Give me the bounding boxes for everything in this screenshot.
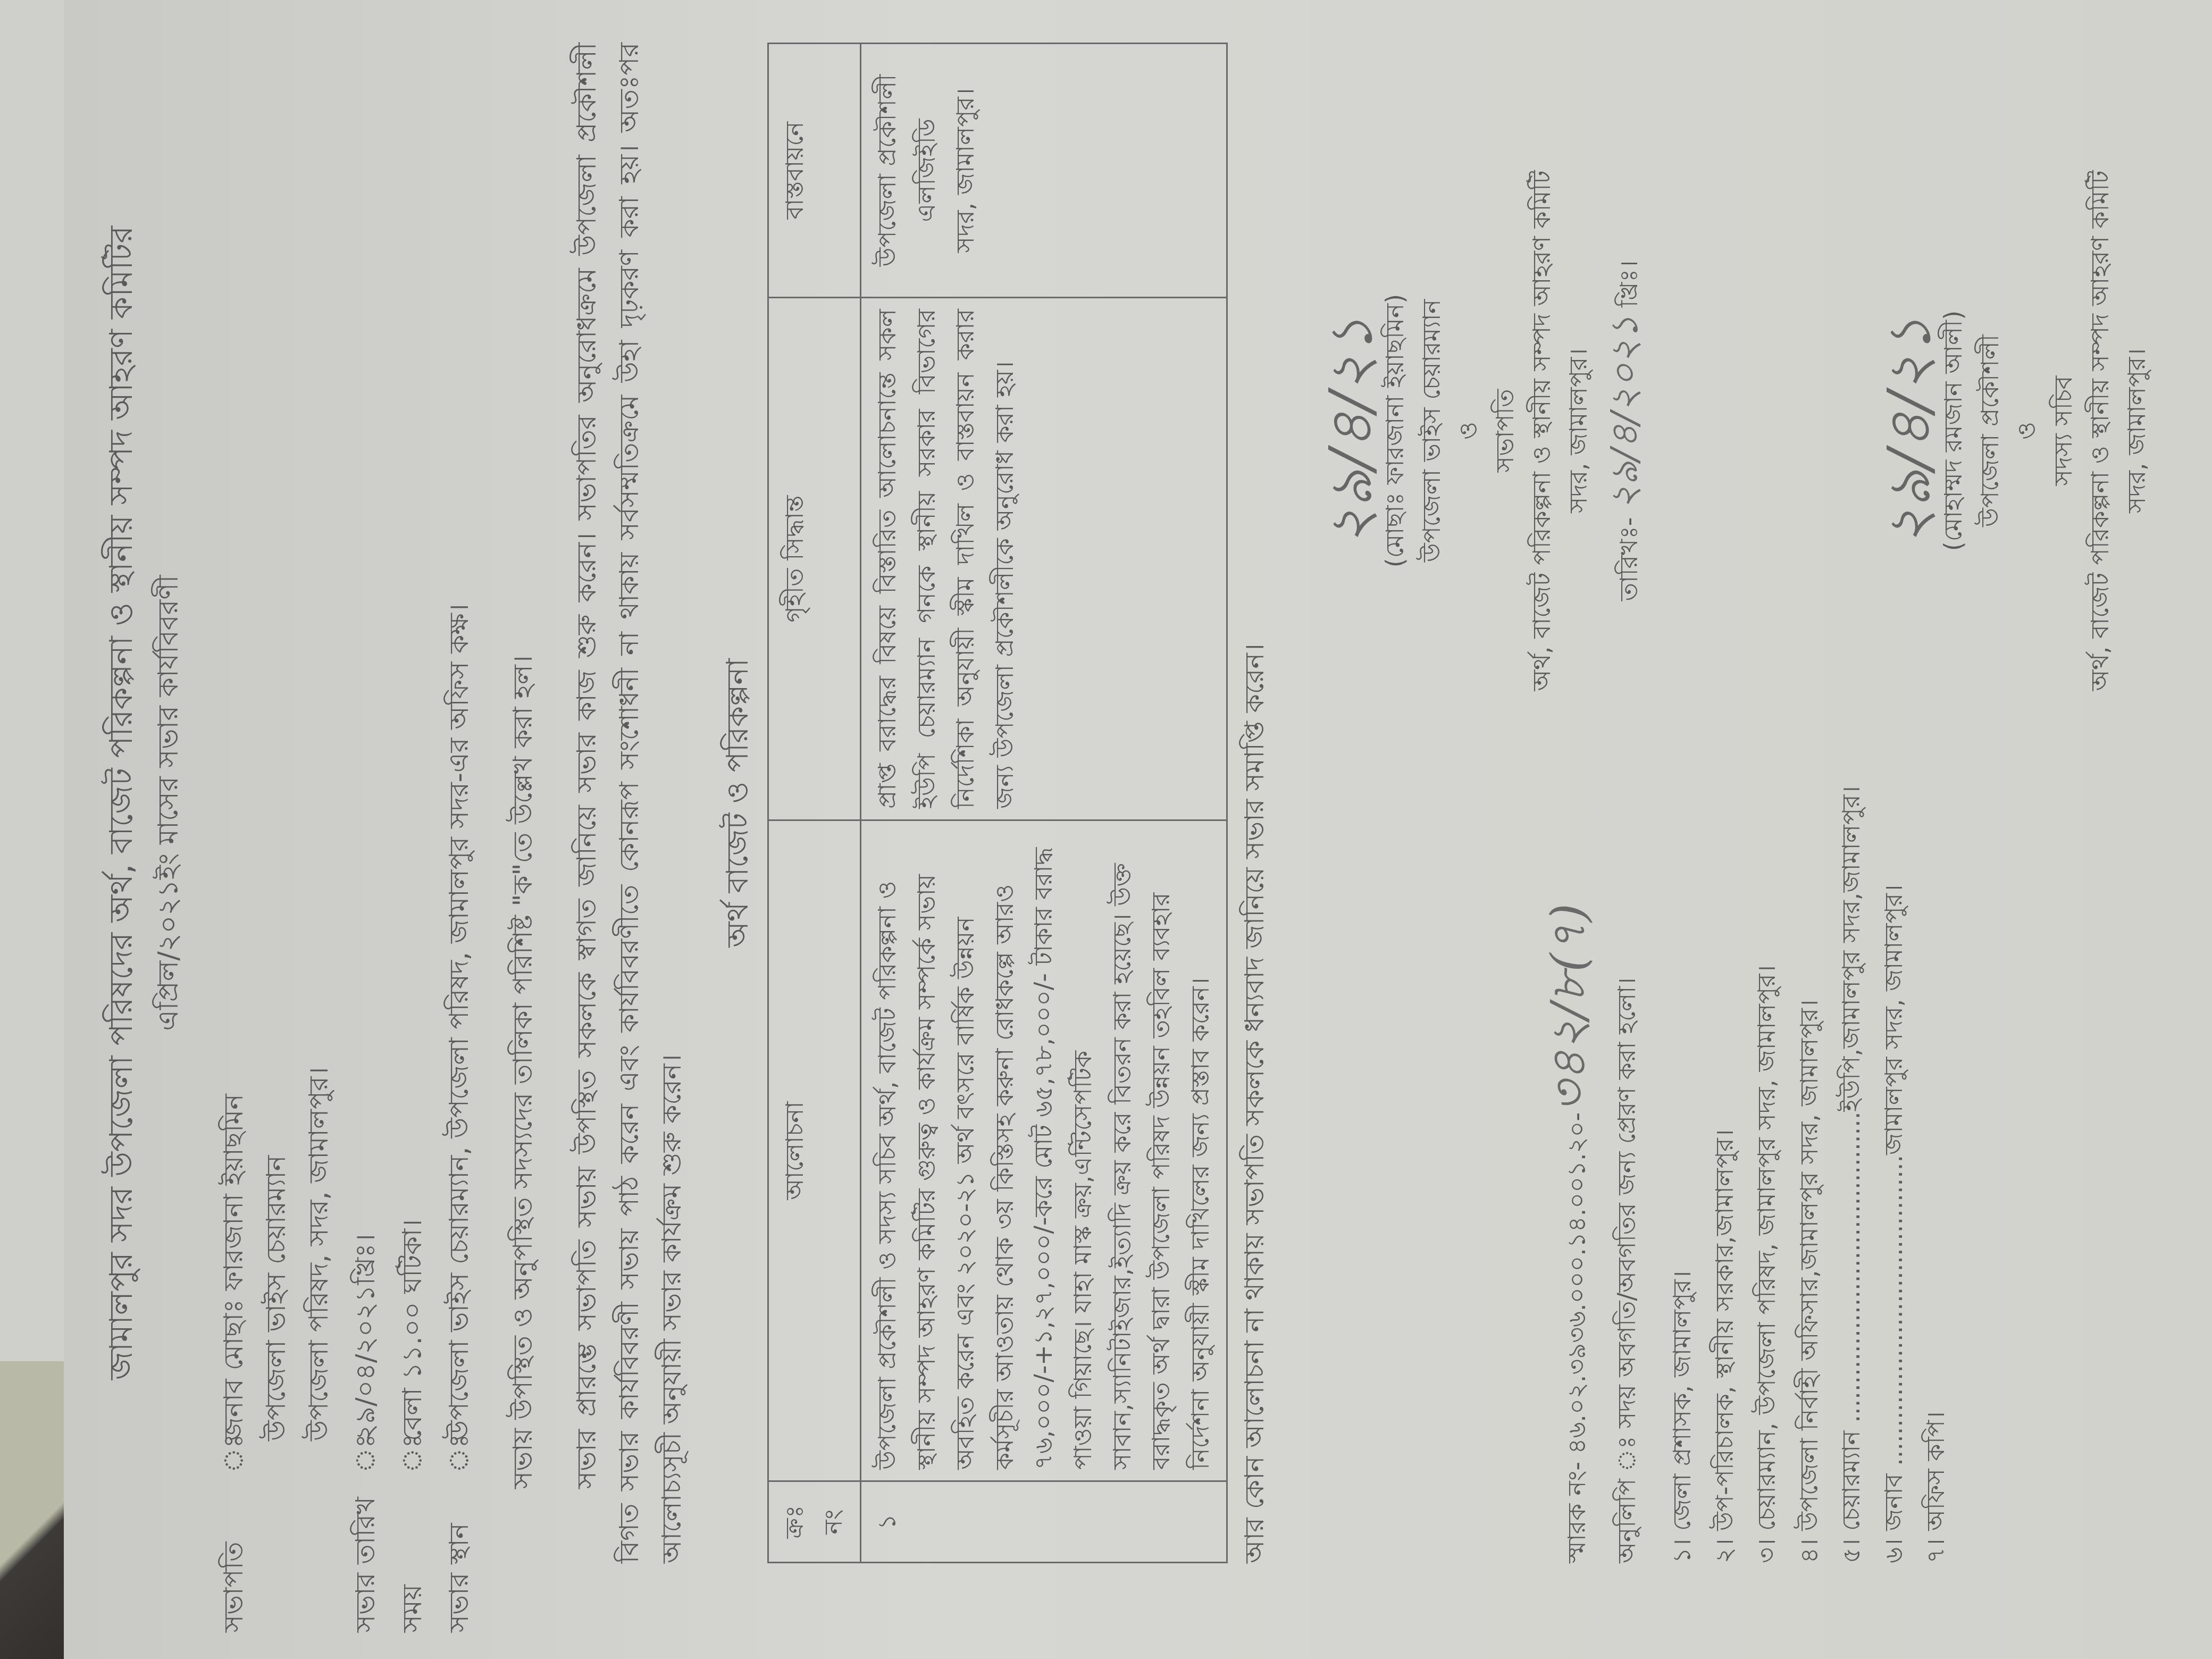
meeting-meta: সভাপতি ঃ জনাব মোছাঃ ফারজানা ইয়াছমিন উপজ…	[212, 43, 480, 1632]
cell-implementation: উপজেলা প্রকৌশলী এলজিইডি সদর, জামালপুর।	[860, 44, 1227, 298]
impl-line: এলজিইডি	[907, 55, 946, 286]
document-title: জামালপুর সদর উপজেলা পরিষদের অর্থ, বাজেট …	[96, 43, 147, 1563]
header-decision: গৃহীত সিদ্ধান্ত	[768, 298, 860, 820]
cell-decision: প্রাপ্ত বরাদ্ধের বিষয়ে বিস্তারিত আলোচনা…	[860, 298, 1227, 820]
copy-line: অনুলিপি ঃ সদয় অবগতি/অবগতির জন্য প্রেরণ …	[1607, 553, 1647, 1563]
intro-paragraph: সভার প্রারম্ভে সভাপতি সভায় উপস্থিত সকলক…	[565, 43, 693, 1563]
list-item: ২। উপ-পরিচালক, স্থানীয় সরকার,জামালপুর।	[1705, 553, 1745, 1563]
closing-remark: আর কোন আলোচনা না থাকায় সভাপতি সকলকে ধন্…	[1233, 43, 1276, 1563]
section-title: অর্থ বাজেট ও পরিকল্পনা	[714, 43, 762, 1563]
cell-discussion: উপজেলা প্রকৌশলী ও সদস্য সচিব অর্থ, বাজেট…	[860, 820, 1227, 1481]
document-page: জামালপুর সদর উপজেলা পরিষদের অর্থ, বাজেট …	[64, 0, 2212, 1659]
meta-label-time: সময়	[391, 1473, 433, 1632]
table-row: ১ উপজেলা প্রকৌশলী ও সদস্য সচিব অর্থ, বাজ…	[860, 44, 1227, 1563]
signature-area: ২৯/৪/২১ (মোছাঃ ফারজানা ইয়াছমিন) উপজেলা …	[1308, 43, 2052, 1563]
header-discussion: আলোচনা	[768, 820, 860, 1481]
chair-signature: ২৯/৪/২১	[1308, 85, 1377, 776]
secretary-signature-block: ২৯/৪/২১ (মোহাম্মদ রমজান আলী) উপজেলা প্রক…	[1866, 85, 2155, 776]
list-item: ১। জেলা প্রশাসক, জামালপুর।	[1663, 553, 1702, 1563]
meta-colon: ঃ	[438, 1441, 480, 1473]
memo-number: স্মারক নং- ৪৬.০২.৩৯৩৬.০০০.১৪.০০১.২০-৩৪২/…	[1531, 553, 1607, 1563]
secretary-sig-line: সদস্য সচিব	[2045, 85, 2082, 776]
document-paper: জামালপুর সদর উপজেলা পরিষদের অর্থ, বাজেট …	[64, 0, 2212, 1659]
date-suffix: খ্রিঃ।	[1614, 261, 1643, 307]
secretary-signature: ২৯/৪/২১	[1866, 85, 1935, 776]
meta-value-date: ২৯/০৪/২০২১খ্রিঃ।	[344, 43, 387, 1441]
chair-sig-line: ও	[1450, 85, 1487, 776]
meta-label-date: সভার তারিখ	[344, 1473, 387, 1632]
chair-sig-line: সভাপতি	[1487, 85, 1523, 776]
attendance-note: সভায় উপস্থিত ও অনুপস্থিত সদস্যদের তালিক…	[501, 43, 544, 1563]
chair-sig-line: উপজেলা ভাইস চেয়ারম্যান	[1413, 85, 1450, 776]
list-item: ৪। উপজেলা নির্বাহী অফিসার,জামালপুর সদর, …	[1790, 553, 1829, 1563]
meta-colon: ঃ	[391, 1441, 433, 1473]
decision-table: ক্রঃ নং আলোচনা গৃহীত সিদ্ধান্ত বাস্তবায়…	[767, 43, 1228, 1563]
list-item: ৫। চেয়ারম্যান .........................…	[1832, 553, 1871, 1563]
list-item: ৩। চেয়ারম্যান, উপজেলা পরিষদ, জামালপুর স…	[1747, 553, 1787, 1563]
chair-name: জনাব মোছাঃ ফারজানা ইয়াছমিন	[212, 43, 255, 1441]
meta-value-venue: উপজেলা ভাইস চেয়ারম্যান, উপজেলা পরিষদ, জ…	[438, 43, 480, 1441]
header-implementation: বাস্তবায়নে	[768, 44, 860, 298]
chair-sig-name: (মোছাঃ ফারজানা ইয়াছমিন)	[1377, 85, 1413, 776]
date-handwritten: ২৯/৪/২০২১	[1603, 315, 1646, 510]
secretary-sig-line: অর্থ, বাজেট পরিকল্পনা ও স্থানীয় সম্পদ আ…	[2082, 85, 2118, 776]
meta-label-chair: সভাপতি	[212, 1473, 340, 1632]
meta-colon: ঃ	[344, 1441, 387, 1473]
meta-label-venue: সভার স্থান	[438, 1473, 480, 1632]
meta-value-time: বেলা ১১.০০ ঘটিকা।	[391, 43, 433, 1441]
impl-line: সদর, জামালপুর।	[946, 55, 985, 286]
secretary-sig-line: উপজেলা প্রকৌশলী	[1972, 85, 2008, 776]
impl-line: উপজেলা প্রকৌশলী	[868, 55, 907, 286]
memo-number-handwritten: ৩৪২/৮(৭)	[1541, 903, 1597, 1112]
chair-office: উপজেলা পরিষদ, সদর, জামালপুর।	[297, 43, 340, 1441]
memo-number-printed: স্মারক নং- ৪৬.০২.৩৯৩৬.০০০.১৪.০০১.২০-	[1562, 1112, 1591, 1563]
header-serial: ক্রঃ নং	[768, 1481, 860, 1563]
secretary-sig-name: (মোহাম্মদ রমজান আলী)	[1935, 85, 1972, 776]
chair-designation: উপজেলা ভাইস চেয়ারম্যান	[255, 43, 297, 1441]
secretary-sig-line: সদর, জামালপুর।	[2118, 85, 2155, 776]
cell-serial: ১	[860, 1481, 1227, 1563]
document-subtitle: এপ্রিল/২০২১ইং মাসের সভার কার্যবিবরণী	[147, 43, 191, 1563]
secretary-sig-line: ও	[2008, 85, 2045, 776]
meta-value-chair: জনাব মোছাঃ ফারজানা ইয়াছমিন উপজেলা ভাইস …	[212, 43, 340, 1441]
meta-colon: ঃ	[212, 1441, 340, 1473]
table-header-row: ক্রঃ নং আলোচনা গৃহীত সিদ্ধান্ত বাস্তবায়…	[768, 44, 860, 1563]
